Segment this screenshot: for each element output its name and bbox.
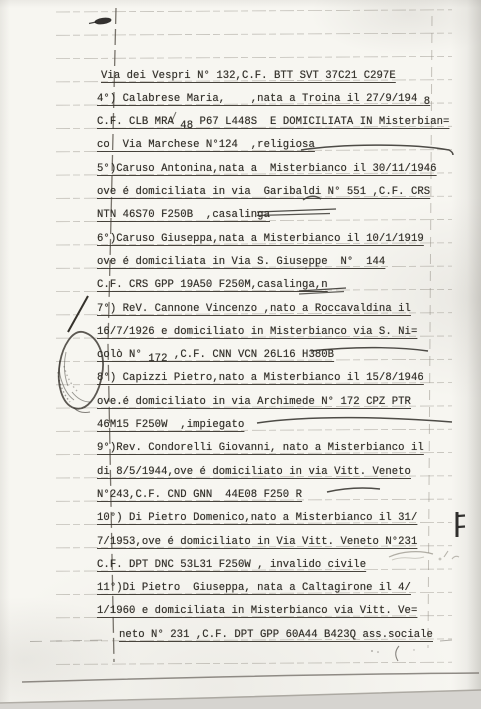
scanned-document-page: Via dei Vespri N° 132,C.F. BTT SVT 37C21…	[0, 0, 481, 709]
typed-line: 10°) Di Pietro Domenico,nato a Misterbia…	[97, 510, 417, 527]
typed-line: C.F. CRS GPP 19A50 F250M,casalinga,n	[97, 277, 328, 294]
typed-line: 6°)Caruso Giuseppa,nata a Misterbianco i…	[97, 231, 424, 248]
typed-text: C.F. DPT DNC 53L31 F250W , invalido civi…	[97, 559, 366, 571]
typed-text: 6°)Caruso Giuseppa,nata a Misterbianco i…	[97, 233, 424, 245]
typed-text: colò N°	[97, 349, 148, 361]
typed-text: 11°)Di Pietro Giuseppa, nata a Caltagiro…	[97, 582, 411, 594]
typed-line: ove é domiciliata in Via S. Giuseppe N° …	[97, 254, 385, 271]
typed-subscript: 48	[180, 120, 193, 132]
typed-line: colò N° 172 ,C.F. CNN VCN 26L16 H380B	[97, 347, 334, 364]
typed-text: 16/7/1926 e domiciliato in Misterbianco …	[97, 326, 417, 338]
typed-line: C.F. DPT DNC 53L31 F250W , invalido civi…	[97, 557, 366, 574]
typed-text: 8°) Capizzi Pietro,nato a Misterbianco i…	[97, 372, 424, 384]
typed-line: 9°)Rev. Condorelli Giovanni, nato a Mist…	[97, 440, 424, 457]
typed-line: neto N° 231 ,C.F. DPT GPP 60A44 B423Q as…	[119, 627, 433, 644]
typed-line: 7/1953,ove é domiciliato in Via Vitt. Ve…	[97, 534, 417, 551]
typed-text: neto N° 231 ,C.F. DPT GPP 60A44 B423Q as…	[119, 629, 433, 641]
typed-text: 7/1953,ove é domiciliato in Via Vitt. Ve…	[97, 536, 417, 548]
typed-text: 1/1960 e domiciliata in Misterbianco via…	[97, 605, 417, 617]
typed-text: 9°)Rev. Condorelli Giovanni, nato a Mist…	[97, 442, 424, 454]
typed-text: di 8/5/1944,ove é domiciliato in via Vit…	[97, 466, 411, 478]
typed-line: 8°) Capizzi Pietro,nato a Misterbianco i…	[97, 370, 424, 387]
typed-subscript: 172	[148, 353, 167, 365]
typed-line: di 8/5/1944,ove é domiciliato in via Vit…	[97, 464, 411, 481]
typed-text: C.F. CLB MRA	[97, 116, 180, 128]
typed-text: C.F. CRS GPP 19A50 F250M,casalinga,n	[97, 279, 328, 291]
typed-line: N°243,C.F. CND GNN 44E08 F250 R	[97, 487, 302, 504]
typed-text: ove é domiciliata in via Garibaldi N° 55…	[97, 186, 430, 198]
typed-text: P67 L448S E DOMICILIATA IN Misterbian=	[193, 116, 449, 128]
typed-text: ,C.F. CNN VCN 26L16 H380B	[168, 349, 335, 361]
typed-line: 7°) ReV. Cannone Vincenzo ,nato a Roccav…	[97, 301, 411, 318]
typed-text: N°243,C.F. CND GNN 44E08 F250 R	[97, 489, 302, 501]
typed-line: 46M15 F250W ,impiegato	[97, 417, 244, 434]
typed-text: NTN 46S70 F250B ,casalinga	[97, 209, 270, 221]
typed-line: C.F. CLB MRA 48 P67 L448S E DOMICILIATA …	[97, 114, 449, 131]
typed-line: ove é domiciliata in via Garibaldi N° 55…	[97, 184, 430, 201]
typed-line: ove.é domiciliato in via Archimede N° 17…	[97, 394, 411, 411]
typed-line: NTN 46S70 F250B ,casalinga	[97, 207, 270, 224]
typed-line: 11°)Di Pietro Giuseppa, nata a Caltagiro…	[97, 580, 411, 597]
typed-text: 10°) Di Pietro Domenico,nato a Misterbia…	[97, 512, 417, 524]
typed-line: 1/1960 e domiciliata in Misterbianco via…	[97, 603, 417, 620]
typed-text: Via dei Vespri N° 132,C.F. BTT SVT 37C21…	[101, 70, 396, 82]
typed-text: 46M15 F250W ,impiegato	[97, 419, 244, 431]
typed-text: co Via Marchese N°124 ,religiosa	[97, 139, 315, 151]
typed-text: 4°) Calabrese Maria, ,nata a Troina il 2…	[97, 93, 424, 105]
typed-text: 7°) ReV. Cannone Vincenzo ,nato a Roccav…	[97, 303, 411, 315]
typed-line: co Via Marchese N°124 ,religiosa	[97, 137, 315, 154]
typed-text: ove.é domiciliato in via Archimede N° 17…	[97, 396, 411, 408]
typed-line: 4°) Calabrese Maria, ,nata a Troina il 2…	[97, 91, 430, 108]
typed-line: 16/7/1926 e domiciliato in Misterbianco …	[97, 324, 417, 341]
typed-text: 5°)Caruso Antonina,nata a Misterbianco i…	[97, 163, 437, 175]
typed-subscript: 8	[424, 96, 430, 108]
typed-text: ove é domiciliata in Via S. Giuseppe N° …	[97, 256, 385, 268]
typed-line: Via dei Vespri N° 132,C.F. BTT SVT 37C21…	[101, 68, 396, 85]
typed-line: 5°)Caruso Antonina,nata a Misterbianco i…	[97, 161, 437, 178]
typed-text-layer: Via dei Vespri N° 132,C.F. BTT SVT 37C21…	[0, 0, 481, 709]
